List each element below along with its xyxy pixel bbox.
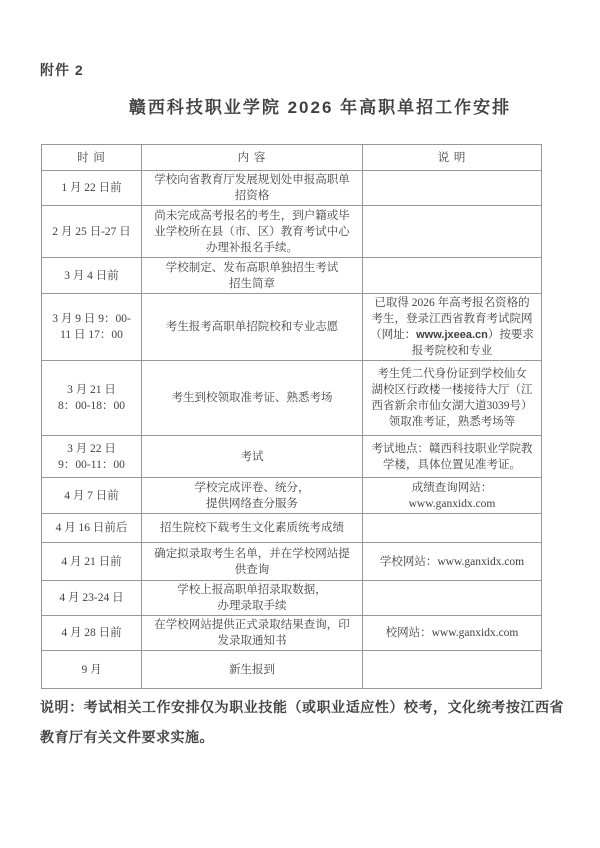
header-time: 时 间 (42, 145, 142, 171)
time-cell: 4 月 21 日前 (42, 543, 142, 581)
time-cell: 4 月 16 日前后 (42, 514, 142, 543)
time-cell: 3 月 9 日 9：00- 11 日 17：00 (42, 294, 142, 361)
time-cell: 4 月 23-24 日 (42, 581, 142, 616)
header-note: 说 明 (363, 145, 542, 171)
table-header-row: 时 间 内 容 说 明 (42, 145, 542, 171)
table-row: 3 月 21 日 8：00-18：00 考生到校领取准考证、熟悉考场 考生凭二代… (42, 361, 542, 436)
content-cell: 学校制定、发布高职单独招生考试 招生简章 (142, 258, 363, 294)
note-cell: 校网站：www.ganxidx.com (363, 616, 542, 651)
time-cell: 4 月 7 日前 (42, 478, 142, 514)
jxeea-url: www.jxeea.cn (416, 329, 488, 341)
note-cell (363, 514, 542, 543)
attachment-label: 附件 2 (40, 60, 84, 80)
page-title: 赣西科技职业学院 2026 年高职单招工作安排 (60, 93, 580, 118)
note-cell (363, 206, 542, 258)
content-cell: 考生到校领取准考证、熟悉考场 (142, 361, 363, 436)
note-cell: 成绩查询网站： www.ganxidx.com (363, 478, 542, 514)
content-cell: 在学校网站提供正式录取结果查询，印 发录取通知书 (142, 616, 363, 651)
content-cell: 学校完成评卷、统分， 提供网络查分服务 (142, 478, 363, 514)
content-cell: 新生报到 (142, 651, 363, 689)
header-content: 内 容 (142, 145, 363, 171)
time-cell: 3 月 21 日 8：00-18：00 (42, 361, 142, 436)
schedule-table: 时 间 内 容 说 明 1 月 22 日前 学校向省教育厅发展规划处申报高职单 … (41, 144, 542, 689)
table-row: 4 月 7 日前 学校完成评卷、统分， 提供网络查分服务 成绩查询网站： www… (42, 478, 542, 514)
note-cell: 考试地点：赣西科技职业学院教 学楼，具体位置见准考证。 (363, 436, 542, 478)
time-cell: 4 月 28 日前 (42, 616, 142, 651)
note-cell: 学校网站：www.ganxidx.com (363, 543, 542, 581)
table-row: 2 月 25 日-27 日 尚未完成高考报名的考生，到户籍或毕 业学校所在县（市… (42, 206, 542, 258)
note-cell (363, 258, 542, 294)
table-row: 4 月 23-24 日 学校上报高职单招录取数据， 办理录取手续 (42, 581, 542, 616)
table-row: 4 月 21 日前 确定拟录取考生名单，并在学校网站提 供查询 学校网站：www… (42, 543, 542, 581)
content-cell: 学校上报高职单招录取数据， 办理录取手续 (142, 581, 363, 616)
time-cell: 1 月 22 日前 (42, 171, 142, 206)
table-row: 9 月 新生报到 (42, 651, 542, 689)
content-cell: 考试 (142, 436, 363, 478)
content-cell: 考生报考高职单招院校和专业志愿 (142, 294, 363, 361)
content-cell: 学校向省教育厅发展规划处申报高职单 招资格 (142, 171, 363, 206)
note-cell (363, 651, 542, 689)
content-cell: 尚未完成高考报名的考生，到户籍或毕 业学校所在县（市、区）教育考试中心 办理补报… (142, 206, 363, 258)
table-row: 1 月 22 日前 学校向省教育厅发展规划处申报高职单 招资格 (42, 171, 542, 206)
document-page: 附件 2 赣西科技职业学院 2026 年高职单招工作安排 时 间 内 容 说 明… (0, 0, 600, 848)
time-cell: 2 月 25 日-27 日 (42, 206, 142, 258)
time-cell: 9 月 (42, 651, 142, 689)
footnote: 说明：考试相关工作安排仅为职业技能（或职业适应性）校考，文化统考按江西省教育厅有… (40, 694, 564, 754)
time-cell: 3 月 4 日前 (42, 258, 142, 294)
table-row: 3 月 4 日前 学校制定、发布高职单独招生考试 招生简章 (42, 258, 542, 294)
note-cell (363, 581, 542, 616)
table-row: 3 月 9 日 9：00- 11 日 17：00 考生报考高职单招院校和专业志愿… (42, 294, 542, 361)
note-cell (363, 171, 542, 206)
content-cell: 确定拟录取考生名单，并在学校网站提 供查询 (142, 543, 363, 581)
table-row: 4 月 28 日前 在学校网站提供正式录取结果查询，印 发录取通知书 校网站：w… (42, 616, 542, 651)
content-cell: 招生院校下载考生文化素质统考成绩 (142, 514, 363, 543)
table-row: 4 月 16 日前后 招生院校下载考生文化素质统考成绩 (42, 514, 542, 543)
note-cell: 已取得 2026 年高考报名资格的 考生，登录江西省教育考试院网 （网址：www… (363, 294, 542, 361)
table-row: 3 月 22 日 9：00-11：00 考试 考试地点：赣西科技职业学院教 学楼… (42, 436, 542, 478)
time-cell: 3 月 22 日 9：00-11：00 (42, 436, 142, 478)
note-cell: 考生凭二代身份证到学校仙女 湖校区行政楼一楼接待大厅（江 西省新余市仙女湖大道3… (363, 361, 542, 436)
